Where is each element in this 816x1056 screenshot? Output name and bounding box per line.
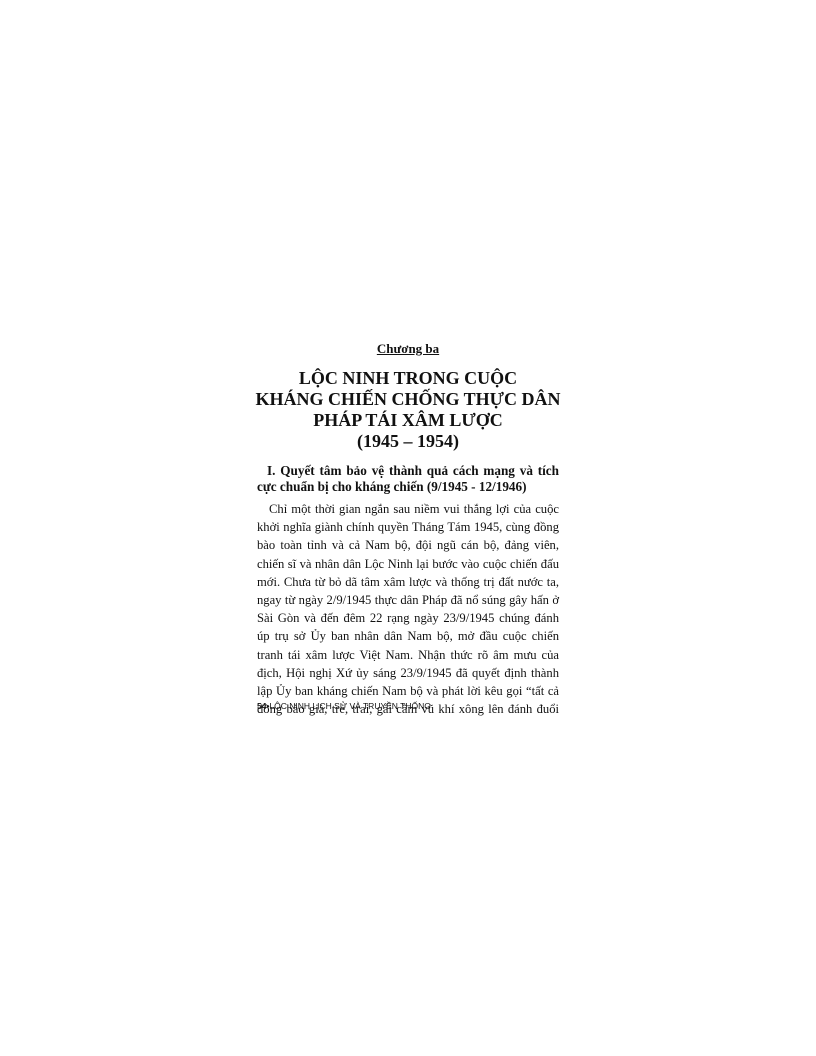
section-heading-line: cực chuẩn bị cho kháng chiến (9/1945 - 1… <box>257 479 559 495</box>
paragraph-line: địch, Hội nghị Xứ ủy sáng 23/9/1945 đã q… <box>257 664 559 682</box>
chapter-title-years: (1945 – 1954) <box>0 431 816 452</box>
section-heading-line: I. Quyết tâm bảo vệ thành quả cách mạng … <box>257 463 559 479</box>
paragraph-line: Chỉ một thời gian ngắn sau niềm vui thắn… <box>257 500 559 518</box>
body-paragraph: Chỉ một thời gian ngắn sau niềm vui thắn… <box>257 500 559 718</box>
chapter-label: Chương ba <box>0 341 816 357</box>
chapter-title-line: LỘC NINH TRONG CUỘC <box>0 368 816 389</box>
paragraph-line: bào toàn tỉnh và cả Nam bộ, đội ngũ cán … <box>257 536 559 554</box>
paragraph-line: lập Ủy ban kháng chiến Nam bộ và phát lờ… <box>257 682 559 700</box>
document-page: Chương ba LỘC NINH TRONG CUỘC KHÁNG CHIẾ… <box>0 0 816 1056</box>
paragraph-line: chiến sĩ và nhân dân Lộc Ninh lại bước v… <box>257 555 559 573</box>
chapter-title-line: PHÁP TÁI XÂM LƯỢC <box>0 410 816 431</box>
section-heading: I. Quyết tâm bảo vệ thành quả cách mạng … <box>257 463 559 495</box>
paragraph-line: ngay từ ngày 2/9/1945 thực dân Pháp đã n… <box>257 591 559 609</box>
paragraph-line: khởi nghĩa giành chính quyền Tháng Tám 1… <box>257 518 559 536</box>
running-title: LỘC NINH LỊCH SỬ VÀ TRUYỀN THỐNG <box>269 701 430 711</box>
paragraph-line: tranh tái xâm lược Việt Nam. Nhận thức r… <box>257 646 559 664</box>
paragraph-line: úp trụ sở Ủy ban nhân dân Nam bộ, mở đầu… <box>257 627 559 645</box>
page-footer: 54•LỘC NINH LỊCH SỬ VÀ TRUYỀN THỐNG <box>257 701 431 711</box>
chapter-title: LỘC NINH TRONG CUỘC KHÁNG CHIẾN CHỐNG TH… <box>0 368 816 452</box>
paragraph-line: Sài Gòn và đến đêm 22 rạng ngày 23/9/194… <box>257 609 559 627</box>
paragraph-line: mới. Chưa từ bỏ dã tâm xâm lược và thống… <box>257 573 559 591</box>
chapter-title-line: KHÁNG CHIẾN CHỐNG THỰC DÂN <box>0 389 816 410</box>
